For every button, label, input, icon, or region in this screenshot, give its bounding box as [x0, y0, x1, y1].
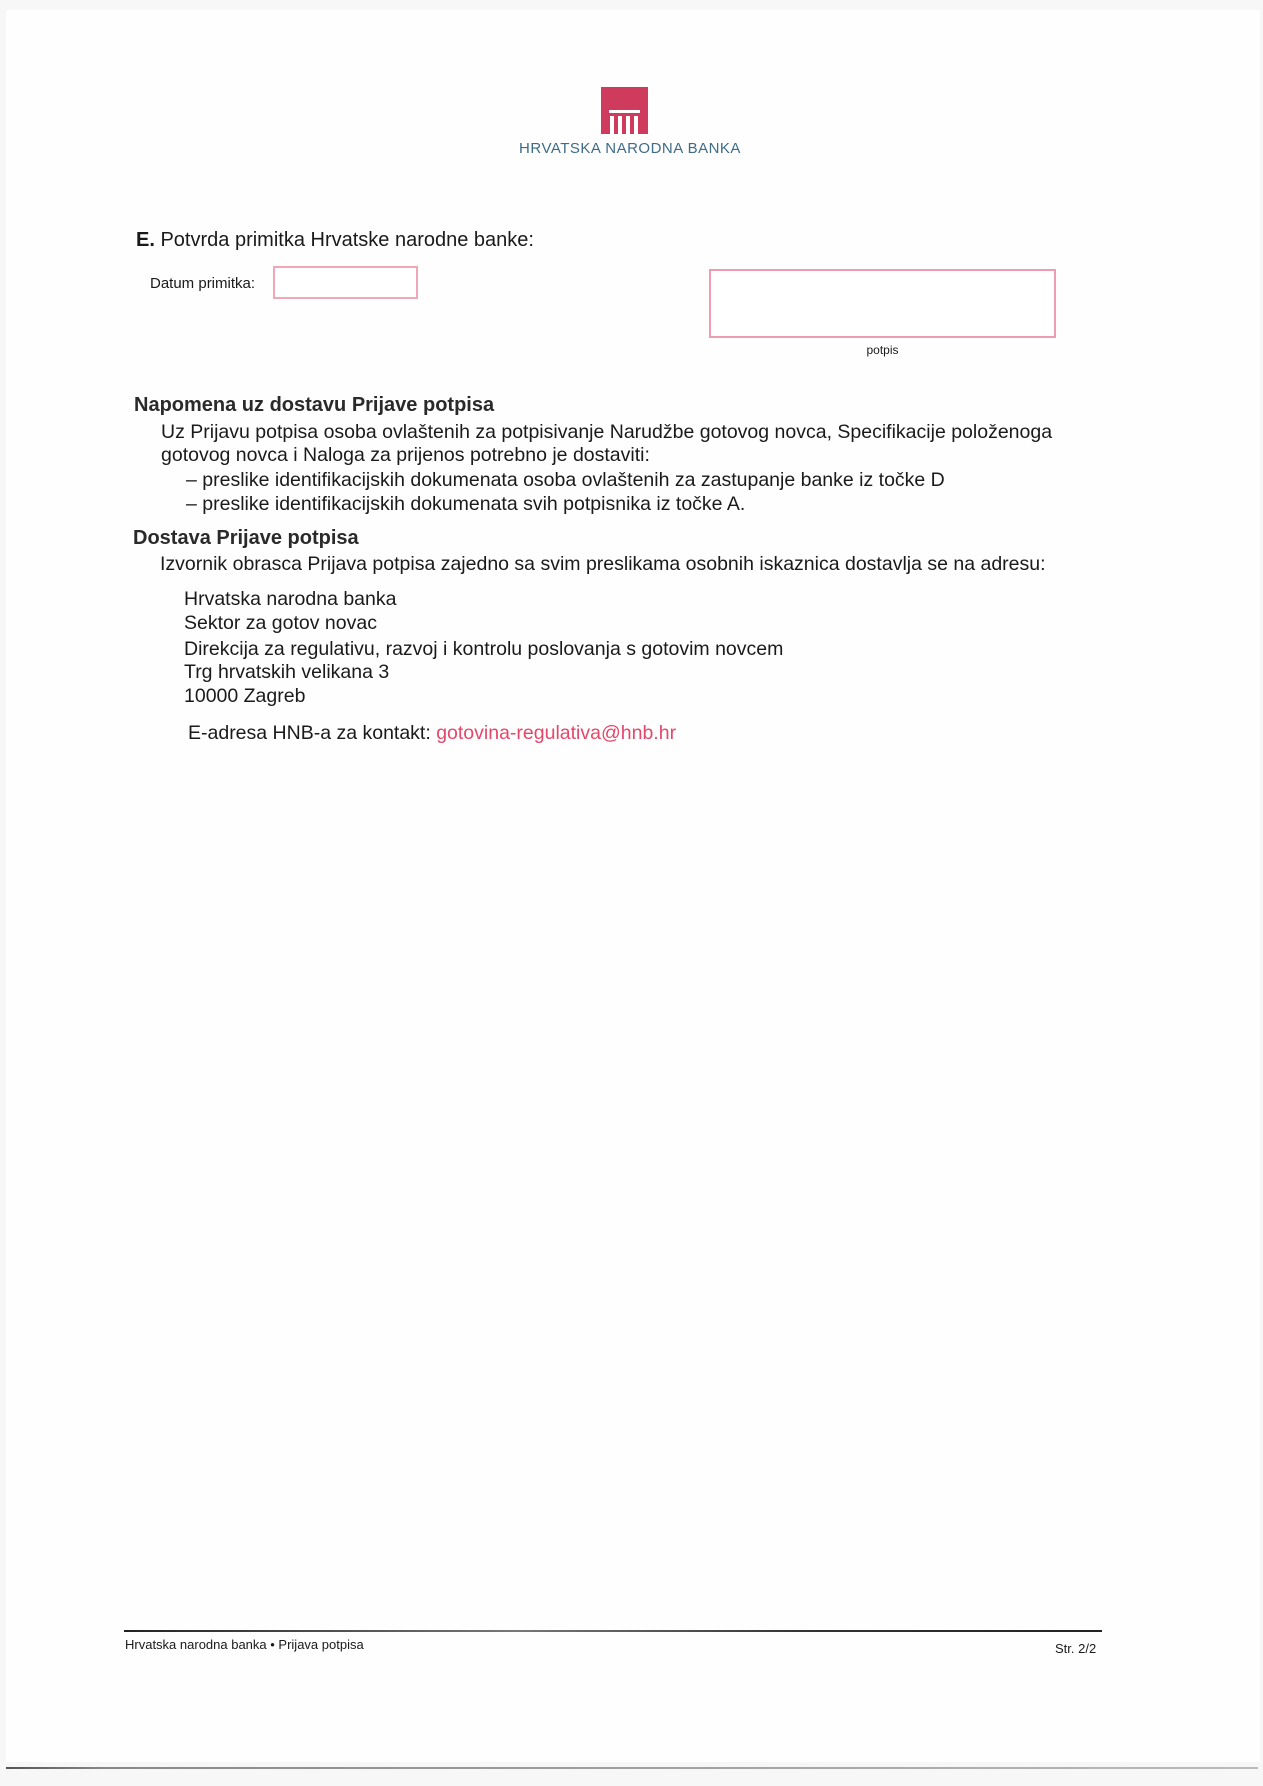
note-heading: Napomena uz dostavu Prijave potpisa — [134, 394, 494, 417]
delivery-heading: Dostava Prijave potpisa — [133, 527, 359, 550]
hnb-logo-icon — [601, 87, 648, 134]
note-line: Uz Prijavu potpisa osoba ovlaštenih za p… — [161, 421, 1052, 444]
section-letter: E. — [136, 229, 155, 251]
note-bullet: – preslike identifikacijskih dokumenata … — [186, 493, 745, 516]
page-number: Str. 2/2 — [1055, 1641, 1096, 1656]
address-line: 10000 Zagreb — [184, 685, 305, 708]
scan-edge — [6, 1767, 1258, 1769]
address-line: Hrvatska narodna banka — [184, 588, 396, 611]
section-e-title: E. Potvrda primitka Hrvatske narodne ban… — [136, 229, 534, 252]
address-line: Direkcija za regulativu, razvoj i kontro… — [184, 638, 783, 661]
document-page — [6, 10, 1260, 1762]
signature-field[interactable] — [709, 269, 1056, 338]
address-line: Sektor za gotov novac — [184, 612, 377, 635]
contact-label: E-adresa HNB-a za kontakt: — [188, 722, 431, 744]
date-label: Datum primitka: — [150, 275, 255, 292]
bank-name: HRVATSKA NARODNA BANKA — [480, 140, 780, 157]
section-title: Potvrda primitka Hrvatske narodne banke: — [160, 229, 534, 251]
footer-divider — [124, 1630, 1102, 1632]
note-bullet: – preslike identifikacijskih dokumenata … — [186, 469, 945, 492]
contact-email-link[interactable]: gotovina-regulativa@hnb.hr — [436, 722, 676, 744]
signature-label: potpis — [709, 343, 1056, 357]
address-line: Trg hrvatskih velikana 3 — [184, 661, 389, 684]
delivery-intro: Izvornik obrasca Prijava potpisa zajedno… — [160, 553, 1046, 576]
contact-line: E-adresa HNB-a za kontakt: gotovina-regu… — [188, 722, 676, 745]
note-line: gotovog novca i Naloga za prijenos potre… — [161, 444, 650, 467]
date-field[interactable] — [273, 266, 418, 299]
footer-title: Hrvatska narodna banka • Prijava potpisa — [125, 1637, 364, 1652]
